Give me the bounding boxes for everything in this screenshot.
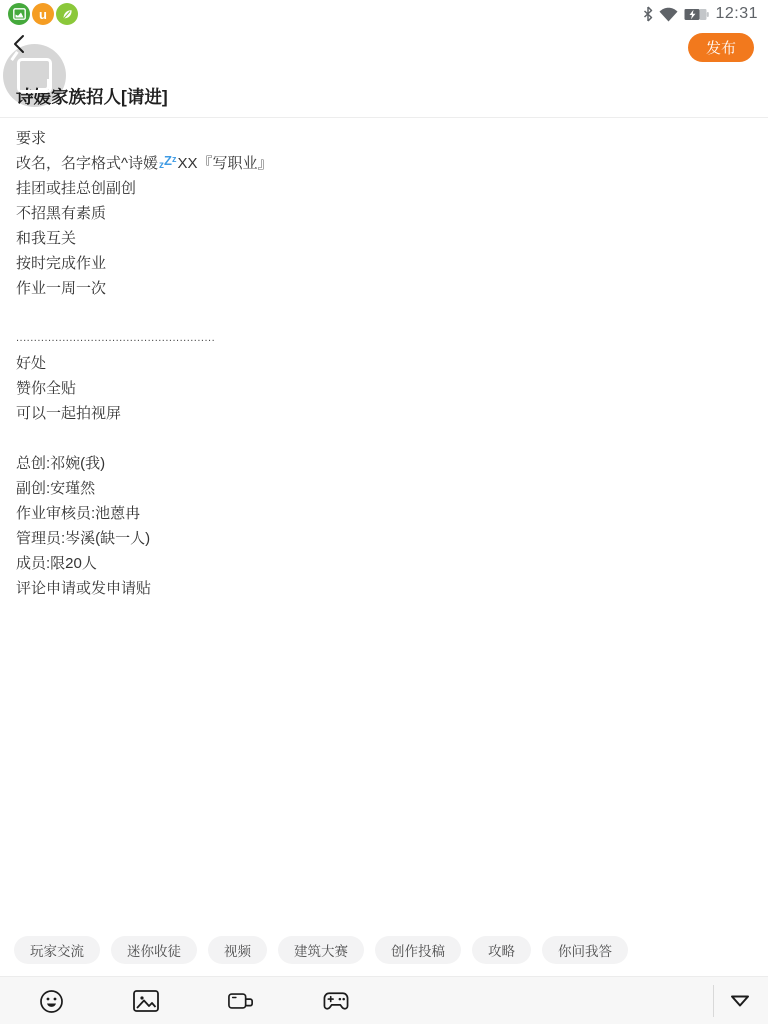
post-line: 管理员:岑溪(缺一人) xyxy=(16,526,752,551)
tag-chip[interactable]: 迷你收徒 xyxy=(111,936,197,964)
post-line xyxy=(16,426,752,451)
post-line: 评论申请或发申请贴 xyxy=(16,576,752,601)
editor-toolbar xyxy=(0,976,768,1024)
post-line: 作业审核员:池蒽冉 xyxy=(16,501,752,526)
title-divider xyxy=(0,117,768,118)
crop-frame-icon xyxy=(17,58,52,93)
chart-app-icon xyxy=(8,3,30,25)
wifi-icon xyxy=(659,7,678,22)
leaf-app-icon xyxy=(56,3,78,25)
clock-time: 12:31 xyxy=(715,5,758,23)
tag-chip[interactable]: 你问我答 xyxy=(542,936,628,964)
post-line: 可以一起拍视屏 xyxy=(16,401,752,426)
post-line: 要求 xyxy=(16,126,752,151)
tag-chip[interactable]: 玩家交流 xyxy=(14,936,100,964)
screenshot-float-ball[interactable] xyxy=(3,44,66,107)
u-app-icon: u xyxy=(32,3,54,25)
post-line: 改名，名字格式^诗媛zZzXX『写职业』 xyxy=(16,151,752,176)
game-controller-icon[interactable] xyxy=(323,988,349,1014)
dotted-separator: ........................................… xyxy=(16,326,752,351)
sleep-zzz-emoji: zZz xyxy=(158,155,177,172)
notification-icons: u xyxy=(8,3,78,25)
post-line xyxy=(16,301,752,326)
tag-chip[interactable]: 视频 xyxy=(208,936,267,964)
post-line: 挂团或挂总创副创 xyxy=(16,176,752,201)
status-bar: u 12:31 xyxy=(0,0,768,28)
post-body[interactable]: 要求改名，名字格式^诗媛zZzXX『写职业』挂团或挂总创副创不招黑有素质和我互关… xyxy=(16,126,752,601)
bluetooth-icon xyxy=(643,6,653,22)
post-editor-page: u 12:31 发布 诗媛家族招人[请进] 要求改名，名字格式^诗媛zZzXX『… xyxy=(0,0,768,1024)
emoji-icon[interactable] xyxy=(38,988,64,1014)
tag-chip[interactable]: 攻略 xyxy=(472,936,531,964)
post-line: 和我互关 xyxy=(16,226,752,251)
post-line: 副创:安瑾然 xyxy=(16,476,752,501)
toolbar-divider xyxy=(713,985,714,1017)
battery-charging-icon xyxy=(684,8,709,21)
tag-chip[interactable]: 建筑大赛 xyxy=(278,936,364,964)
tag-chip-row: 玩家交流迷你收徒视频建筑大赛创作投稿攻略你问我答 xyxy=(14,936,628,964)
tag-chip[interactable]: 创作投稿 xyxy=(375,936,461,964)
image-icon[interactable] xyxy=(133,988,159,1014)
publish-button[interactable]: 发布 xyxy=(688,33,754,62)
status-right-cluster: 12:31 xyxy=(643,0,758,28)
post-line: 好处 xyxy=(16,351,752,376)
post-line: 作业一周一次 xyxy=(16,276,752,301)
keyboard-collapse-icon[interactable] xyxy=(727,988,753,1014)
post-line: 总创:祁婉(我) xyxy=(16,451,752,476)
post-line: 按时完成作业 xyxy=(16,251,752,276)
video-icon[interactable] xyxy=(228,988,254,1014)
post-line: 赞你全贴 xyxy=(16,376,752,401)
post-line: 不招黑有素质 xyxy=(16,201,752,226)
post-line: 成员:限20人 xyxy=(16,551,752,576)
